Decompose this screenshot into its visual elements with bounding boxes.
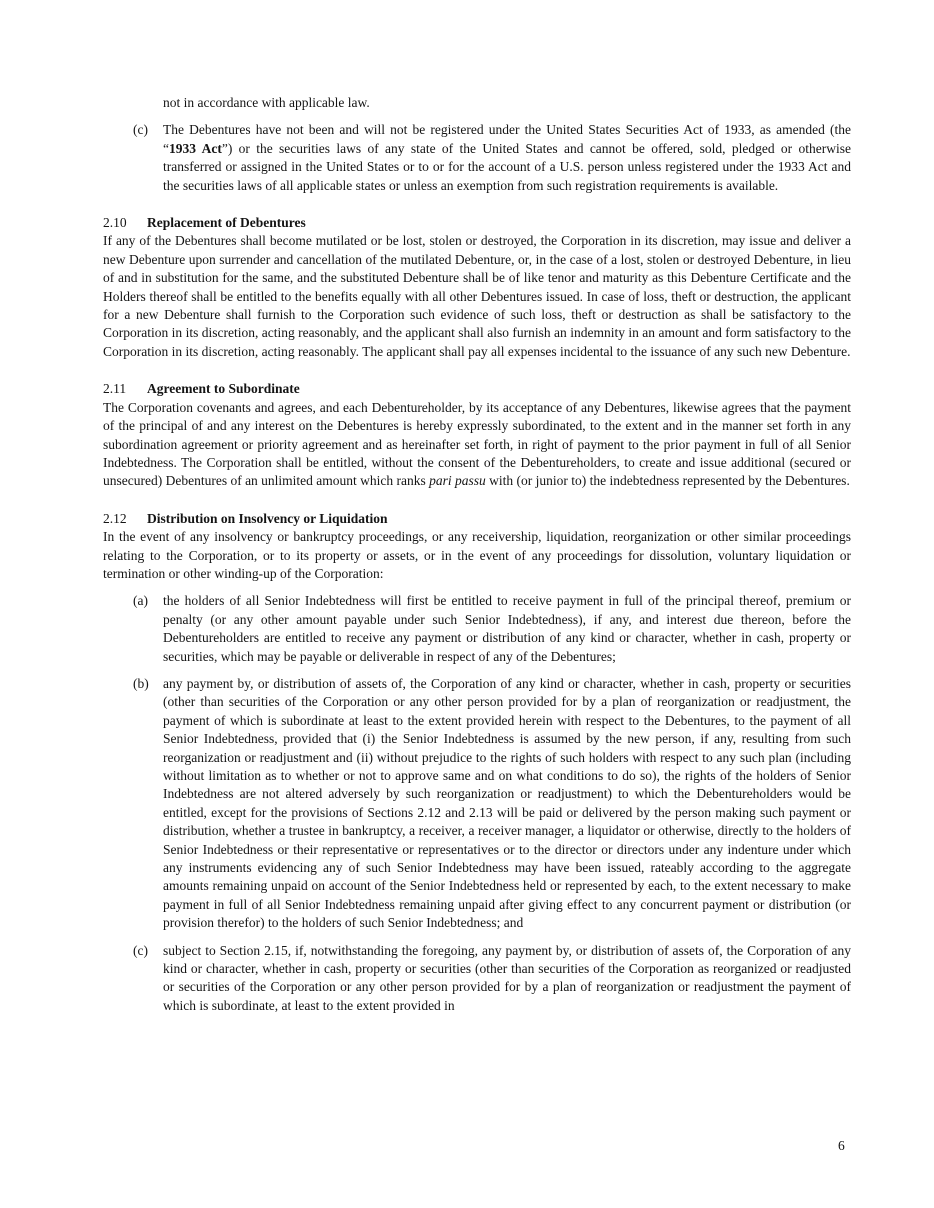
- document-content: not in accordance with applicable law. (…: [103, 94, 851, 1015]
- list-item-label: (a): [133, 592, 148, 610]
- section-body-2-10: If any of the Debentures shall become mu…: [103, 232, 851, 361]
- list-item-c: (c) subject to Section 2.15, if, notwith…: [103, 942, 851, 1016]
- section-number: 2.12: [103, 510, 147, 528]
- list-item-text: The Debentures have not been and will no…: [163, 122, 851, 192]
- list-item-text: subject to Section 2.15, if, notwithstan…: [163, 943, 851, 1013]
- italic-pari-passu: pari passu: [429, 473, 486, 488]
- section-number: 2.10: [103, 214, 147, 232]
- list-item-label: (b): [133, 675, 149, 693]
- list-item-label: (c): [133, 121, 148, 139]
- list-item-a: (a) the holders of all Senior Indebtedne…: [103, 592, 851, 666]
- continuation-line: not in accordance with applicable law.: [103, 94, 851, 112]
- list-item-text: any payment by, or distribution of asset…: [163, 676, 851, 930]
- defined-term-1933-act: 1933 Act: [169, 141, 222, 156]
- section-title: Agreement to Subordinate: [147, 381, 300, 396]
- section-number: 2.11: [103, 380, 147, 398]
- section-heading-2-12: 2.12Distribution on Insolvency or Liquid…: [103, 510, 851, 528]
- list-item-label: (c): [133, 942, 148, 960]
- list-item-text: the holders of all Senior Indebtedness w…: [163, 593, 851, 663]
- section-body-2-11: The Corporation covenants and agrees, an…: [103, 399, 851, 491]
- subordinate-text-after: with (or junior to) the indebtedness rep…: [486, 473, 850, 488]
- section-title: Distribution on Insolvency or Liquidatio…: [147, 511, 388, 526]
- page-number: 6: [838, 1137, 845, 1155]
- list-item-b: (b) any payment by, or distribution of a…: [103, 675, 851, 933]
- document-page: not in accordance with applicable law. (…: [0, 0, 934, 1208]
- section-title: Replacement of Debentures: [147, 215, 306, 230]
- section-heading-2-11: 2.11Agreement to Subordinate: [103, 380, 851, 398]
- list-item-registration-c: (c) The Debentures have not been and wil…: [103, 121, 851, 195]
- registration-text-after: ”) or the securities laws of any state o…: [163, 141, 851, 193]
- section-heading-2-10: 2.10Replacement of Debentures: [103, 214, 851, 232]
- section-intro-2-12: In the event of any insolvency or bankru…: [103, 528, 851, 583]
